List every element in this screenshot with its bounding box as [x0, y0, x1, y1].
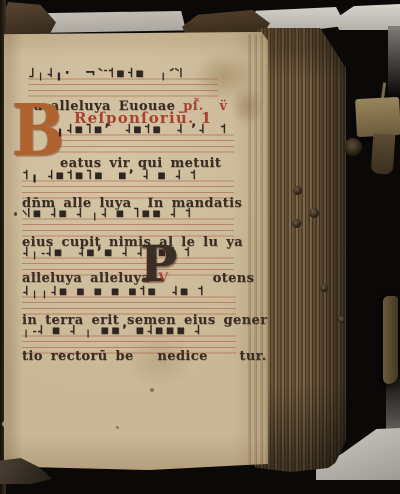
- clasp-ring: [344, 138, 362, 156]
- fore-edge-stud: [320, 284, 328, 292]
- fore-edge-stud: [292, 219, 301, 228]
- fore-edge-stud: [309, 208, 319, 218]
- music-staff-2: ╻˨▪˥▪ʼ ˨▪˦▪ ˨ ʼ˨ ˦: [56, 130, 234, 153]
- clasp-hook: [371, 133, 396, 174]
- manuscript-page: ˩╷˨╻· ¬˥˦˦▪˧▪ ╷˦˥˦ ya alleluya Euouae pſ…: [4, 32, 268, 470]
- neumes-1: ˩╷˨╻· ¬˥˦˦▪˧▪ ╷˦˥˦: [28, 67, 185, 80]
- speck: [14, 212, 17, 216]
- fore-edge-stud: [293, 186, 302, 195]
- fore-edge-stud: [338, 316, 345, 323]
- clasp-strap-top: [355, 97, 400, 137]
- neumes-6: ˨╷╷˨▪ ▪ ▪ ▪ ▪˦▪ ˨▪ ˦: [22, 285, 206, 298]
- photograph-of-manuscript-book: ˩╷˨╻· ¬˥˦˦▪˧▪ ╷˦˥˦ ya alleluya Euouae pſ…: [0, 0, 400, 494]
- neumes-3: ˦╻ ˨▪˦▪˥▪ ▪ʼ ˨ ▪ ˨ ˦: [22, 169, 198, 182]
- neumes-2: ╻˨▪˥▪ʼ ˨▪˦▪ ˨ ʼ˨ ˦: [56, 123, 228, 136]
- speck: [116, 426, 119, 429]
- lyric-text-5b: otens: [213, 271, 255, 286]
- decorated-initial-p: P: [140, 244, 178, 284]
- neumes-4: ˦˨▪ ˨▪ ˨ ╷˨ ▪ ˥▪▪ ˨ ˦: [22, 207, 193, 220]
- music-staff-6: ˨╷╷˨▪ ▪ ▪ ▪ ▪˦▪ ˨▪ ˦: [22, 292, 236, 315]
- speck: [150, 388, 154, 392]
- neumes-7: ╷˨˨ ▪ ˨ ╷ ▪▪ʼ ▪˨▪▪▪ ˨: [22, 324, 202, 337]
- music-staff-4: ˦˨▪ ˨▪ ˨ ╷˨ ▪ ˥▪▪ ˨ ˦: [22, 214, 234, 237]
- lyric-line-7: tio rectorū be nedice tur. In: [22, 350, 291, 363]
- clasp-strap-bottom: [383, 296, 398, 384]
- leather-scrap-top-left: [4, 2, 56, 36]
- page-creases: [248, 34, 270, 466]
